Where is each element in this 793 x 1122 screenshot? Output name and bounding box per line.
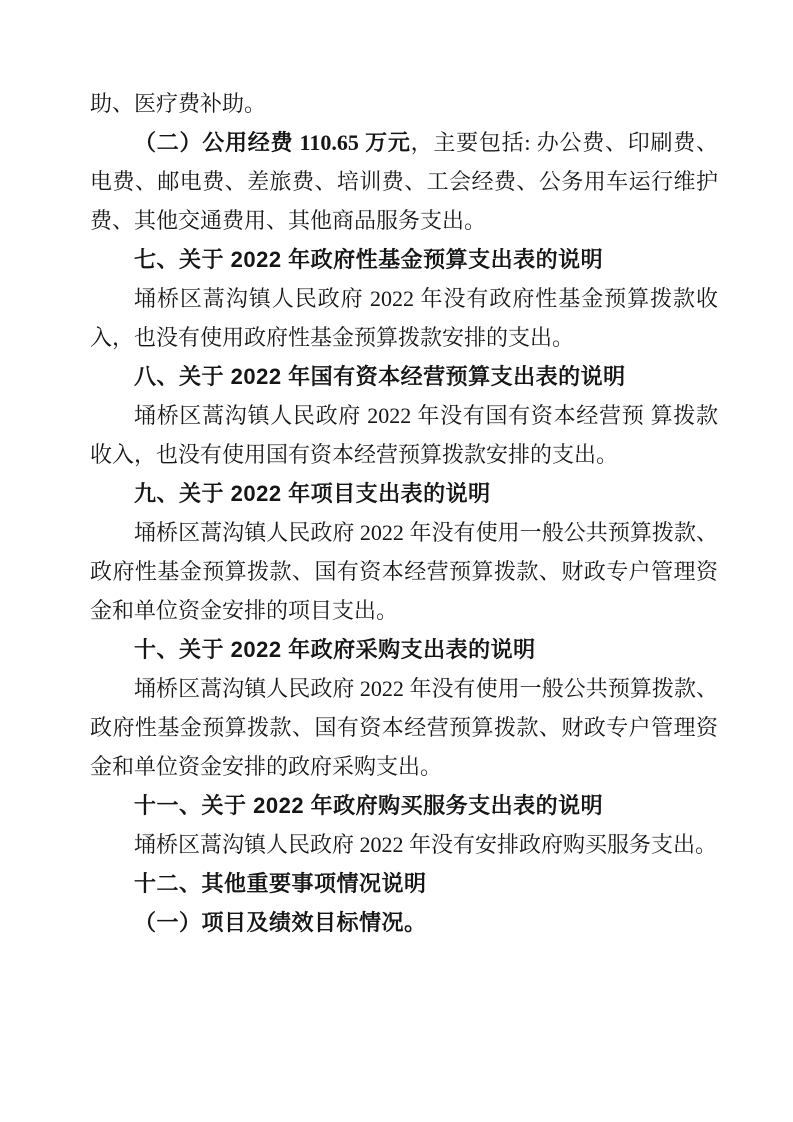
document-page: 助、医疗费补助。（二）公用经费 110.65 万元，主要包括: 办公费、印刷费、… (0, 0, 793, 1122)
body-paragraph: 助、医疗费补助。 (90, 84, 718, 123)
section-heading: 七、关于 2022 年政府性基金预算支出表的说明 (90, 240, 718, 279)
document-body: 助、医疗费补助。（二）公用经费 110.65 万元，主要包括: 办公费、印刷费、… (90, 84, 718, 942)
body-paragraph: （二）公用经费 110.65 万元，主要包括: 办公费、印刷费、电费、邮电费、差… (90, 123, 718, 240)
body-paragraph: 埇桥区蒿沟镇人民政府 2022 年没有国有资本经营预 算拨款收入，也没有使用国有… (90, 396, 718, 474)
section-heading: 九、关于 2022 年项目支出表的说明 (90, 474, 718, 513)
body-paragraph: 埇桥区蒿沟镇人民政府 2022 年没有政府性基金预算拨款收入，也没有使用政府性基… (90, 279, 718, 357)
paragraph-bold-lead: （二）公用经费 110.65 万元 (134, 130, 411, 155)
section-heading: 八、关于 2022 年国有资本经营预算支出表的说明 (90, 357, 718, 396)
body-paragraph: 埇桥区蒿沟镇人民政府 2022 年没有安排政府购买服务支出。 (90, 825, 718, 864)
section-heading: （一）项目及绩效目标情况。 (90, 903, 718, 942)
section-heading: 十一、关于 2022 年政府购买服务支出表的说明 (90, 786, 718, 825)
body-paragraph: 埇桥区蒿沟镇人民政府 2022 年没有使用一般公共预算拨款、政府性基金预算拨款、… (90, 669, 718, 786)
section-heading: 十二、其他重要事项情况说明 (90, 864, 718, 903)
body-paragraph: 埇桥区蒿沟镇人民政府 2022 年没有使用一般公共预算拨款、政府性基金预算拨款、… (90, 513, 718, 630)
section-heading: 十、关于 2022 年政府采购支出表的说明 (90, 630, 718, 669)
